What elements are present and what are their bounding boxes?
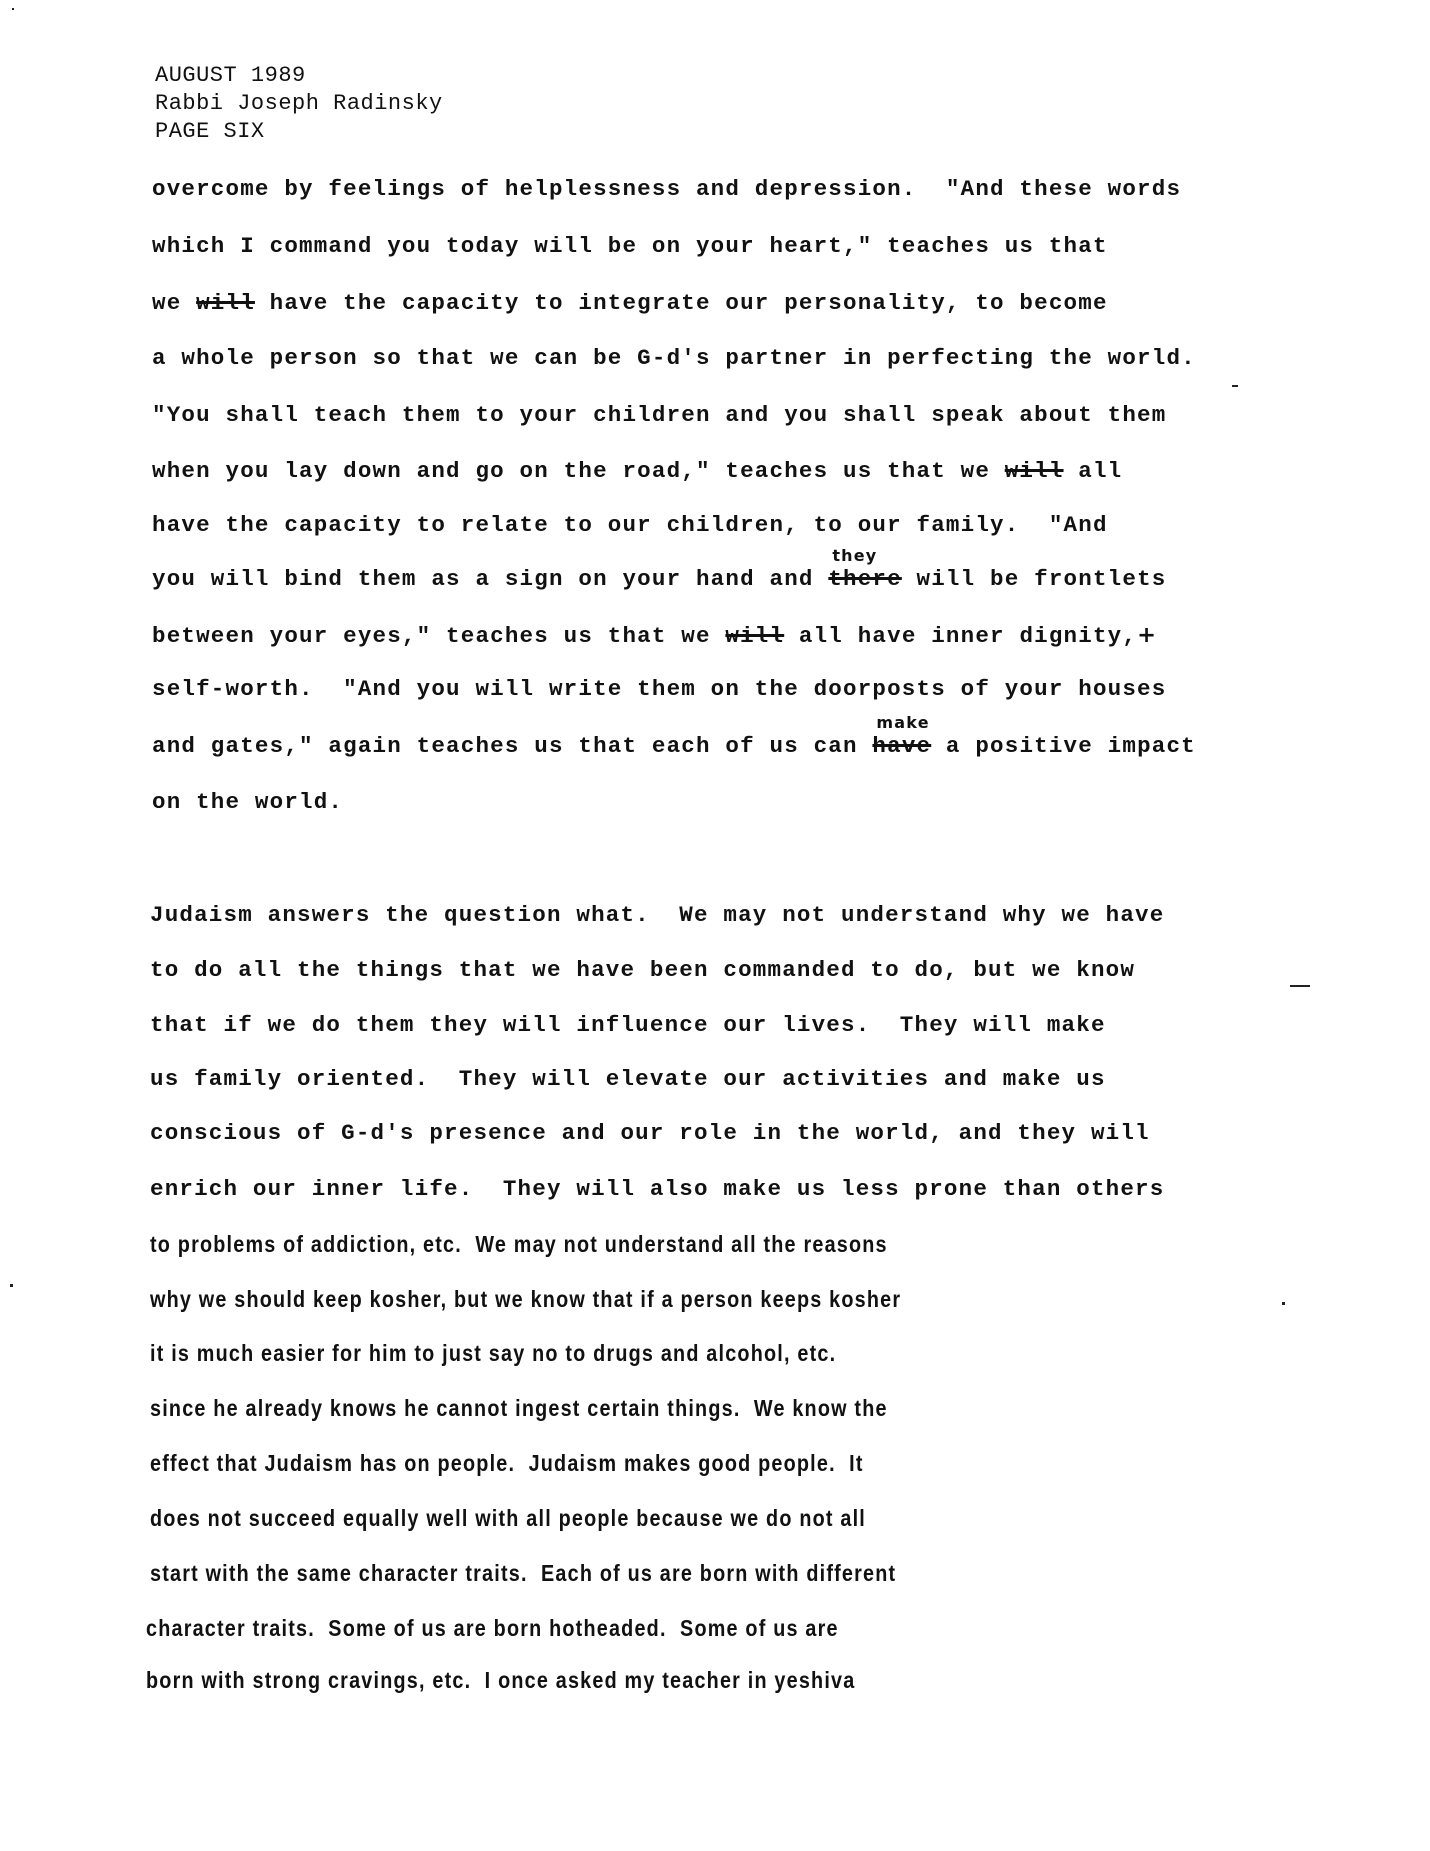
- text-line: we will have the capacity to integrate o…: [152, 290, 1108, 316]
- text-line: start with the same character traits. Ea…: [150, 1560, 896, 1587]
- text-line: a whole person so that we can be G-d's p…: [152, 345, 1196, 371]
- struck-word: therethey: [828, 566, 902, 592]
- scan-speck: [1290, 985, 1310, 987]
- text-line: that if we do them they will influence o…: [150, 1012, 1106, 1038]
- struck-word: will: [725, 623, 784, 649]
- text-line: enrich our inner life. They will also ma…: [150, 1176, 1164, 1202]
- text-line: to problems of addiction, etc. We may no…: [150, 1231, 888, 1258]
- handwritten-mark: +: [1137, 622, 1157, 648]
- text-line: Judaism answers the question what. We ma…: [150, 902, 1164, 928]
- text-line: character traits. Some of us are born ho…: [146, 1615, 839, 1642]
- struck-word: will: [1005, 458, 1064, 484]
- text-line: to do all the things that we have been c…: [150, 957, 1135, 983]
- text-line: us family oriented. They will elevate ou…: [150, 1066, 1106, 1092]
- scan-speck: [12, 8, 14, 10]
- text-line: between your eyes," teaches us that we w…: [152, 622, 1157, 649]
- header-author: Rabbi Joseph Radinsky: [155, 90, 443, 118]
- text-line: it is much easier for him to just say no…: [150, 1340, 836, 1367]
- text-line: conscious of G-d's presence and our role…: [150, 1120, 1150, 1146]
- text-line: self-worth. "And you will write them on …: [152, 676, 1166, 702]
- handwritten-correction: they: [832, 546, 877, 565]
- text-line: why we should keep kosher, but we know t…: [150, 1286, 901, 1313]
- text-line: effect that Judaism has on people. Judai…: [150, 1450, 864, 1477]
- text-line: overcome by feelings of helplessness and…: [152, 176, 1181, 202]
- text-line: which I command you today will be on you…: [152, 233, 1108, 259]
- text-line: and gates," again teaches us that each o…: [152, 733, 1196, 759]
- text-line: have the capacity to relate to our child…: [152, 512, 1108, 538]
- document-page: AUGUST 1989 Rabbi Joseph Radinsky PAGE S…: [0, 0, 1430, 1851]
- header-date: AUGUST 1989: [155, 62, 306, 90]
- struck-word: will: [196, 290, 255, 316]
- handwritten-correction: make: [876, 713, 929, 732]
- header-page: PAGE SIX: [155, 118, 265, 146]
- scan-speck: [1282, 1302, 1285, 1305]
- text-line: does not succeed equally well with all p…: [150, 1505, 866, 1532]
- text-line: "You shall teach them to your children a…: [152, 402, 1166, 428]
- text-line: you will bind them as a sign on your han…: [152, 566, 1166, 592]
- text-line: since he already knows he cannot ingest …: [150, 1395, 888, 1422]
- text-line: born with strong cravings, etc. I once a…: [146, 1667, 855, 1694]
- scan-speck: [10, 1284, 13, 1287]
- text-line: when you lay down and go on the road," t…: [152, 458, 1122, 484]
- struck-word: havemake: [872, 733, 931, 759]
- text-line: on the world.: [152, 789, 343, 815]
- scan-speck: [1232, 385, 1238, 387]
